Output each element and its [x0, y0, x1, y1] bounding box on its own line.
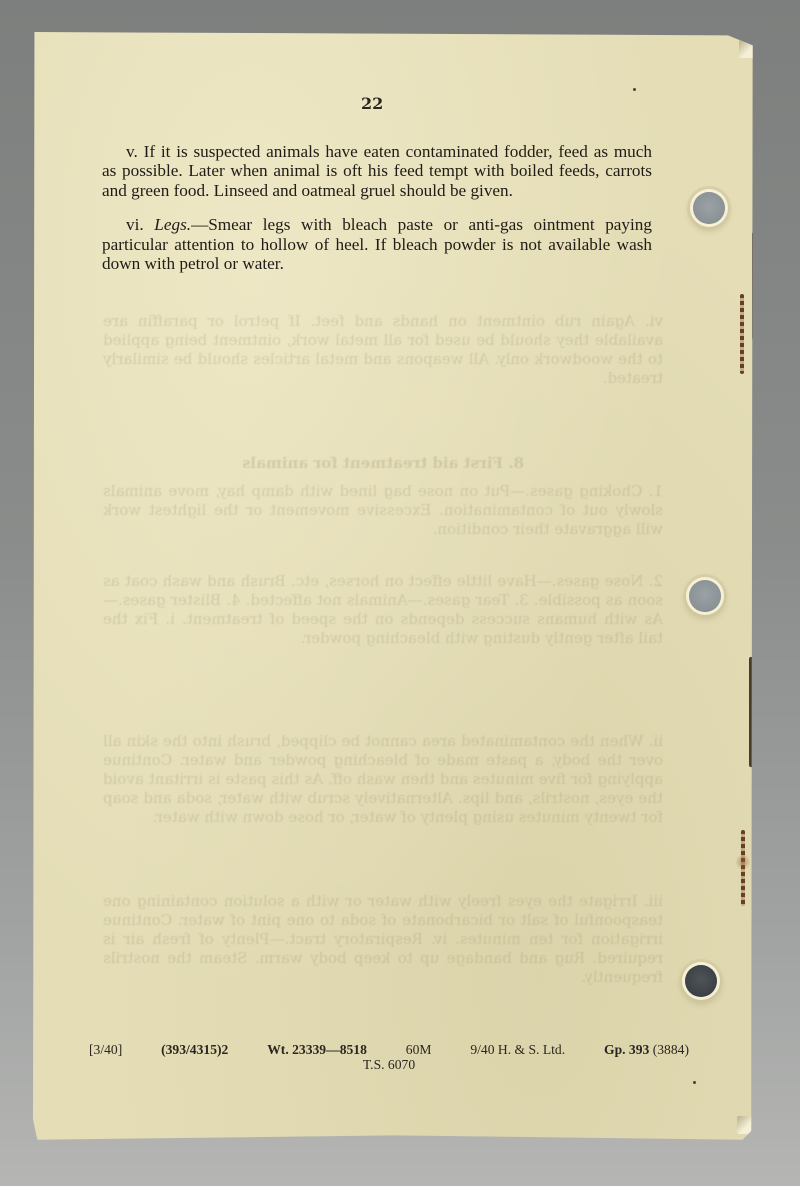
imprint-code: [3/40]	[89, 1042, 122, 1057]
imprint-line: [3/40] (393/4315)2 Wt. 23339—8518 60M 9/…	[89, 1042, 689, 1057]
show-through-text: 1. Choking gases.—Put on nose bag lined …	[103, 482, 663, 539]
paragraph-heading: Legs.	[154, 215, 191, 234]
show-through-text: iii. Irrigate the eyes freely with water…	[103, 892, 663, 987]
show-through-text: 2. Nose gases.—Have little effect on hor…	[103, 572, 663, 648]
imprint-wt: Wt. 23339—8518	[267, 1042, 367, 1057]
staple	[749, 657, 753, 767]
page-number: 22	[361, 94, 383, 113]
imprint-ref: (393/4315)2	[161, 1042, 228, 1057]
imprint-qty: 60M	[406, 1042, 432, 1057]
rust-stain	[736, 854, 750, 870]
paragraph-text: If it is suspected animals have eaten co…	[102, 142, 652, 200]
show-through-heading: 8. First aid treatment for animals	[103, 454, 663, 473]
punch-hole	[693, 192, 725, 224]
document-page: vi. Again rub ointment on hands and feet…	[33, 32, 757, 1142]
body-text: v. If it is suspected animals have eaten…	[102, 142, 652, 288]
imprint-printer: 9/40 H. & S. Ltd.	[470, 1042, 565, 1057]
corner-fold	[739, 40, 755, 58]
staple	[752, 232, 756, 340]
corner-fold	[737, 1116, 753, 1134]
imprint-ts: T.S. 6070	[89, 1057, 689, 1072]
imprint-gp: Gp. 393	[604, 1042, 649, 1057]
show-through-text: vi. Again rub ointment on hands and feet…	[103, 312, 663, 388]
paragraph-v: v. If it is suspected animals have eaten…	[102, 142, 652, 200]
paragraph-numeral: v.	[126, 142, 138, 161]
printer-imprint: [3/40] (393/4315)2 Wt. 23339—8518 60M 9/…	[89, 1042, 689, 1072]
punch-hole	[685, 965, 717, 997]
rust-mark	[740, 294, 744, 374]
paragraph-numeral: vi.	[126, 215, 144, 234]
show-through-text: ii. When the contaminated area cannot be…	[103, 732, 663, 827]
paragraph-vi: vi. Legs.—Smear legs with bleach paste o…	[102, 215, 652, 273]
punch-hole	[689, 580, 721, 612]
imprint-gp-num: (3884)	[653, 1042, 689, 1057]
paper-speck	[633, 88, 636, 91]
paper-speck	[693, 1081, 696, 1084]
